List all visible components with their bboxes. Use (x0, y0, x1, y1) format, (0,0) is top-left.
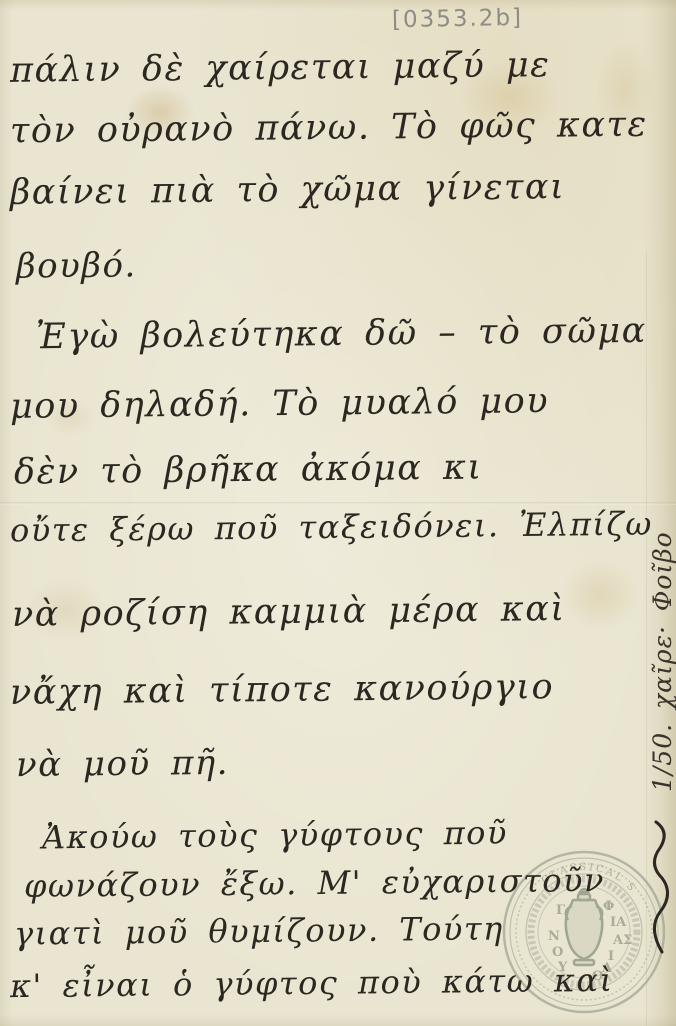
seal-letter: Γ (556, 903, 566, 918)
seal-letter: Ν (548, 929, 560, 944)
letter-line: φωνάζουν ἔξω. Μ' εὐχαριστοῦν (24, 861, 605, 905)
seal-letter: Φ (603, 899, 614, 914)
letter-line: νὰ ροζίση καμμιὰ μέρα καὶ (12, 589, 566, 635)
archive-code-annotation: [0353.2b] (392, 5, 523, 33)
letter-line: τὸν οὐρανὸ πάνω. Τὸ φῶς κατε (10, 105, 648, 152)
margin-note: 1/50. χαῖρε· Φοῖβο (648, 531, 676, 792)
letter-line: κ' εἶναι ὁ γύφτος ποὺ κάτω καὶ (10, 961, 614, 1005)
letter-line: βουβό. (16, 245, 137, 286)
letter-line: Ἀκούω τοὺς γύφτους ποῦ (42, 814, 508, 857)
seal-letter: Ο (552, 945, 563, 960)
letter-line: οὔτε ξέρω ποῦ ταξειδόνει. Ἐλπίζω (10, 505, 653, 550)
ink-flourish (626, 818, 670, 958)
letter-line: νὰ μοῦ πῆ. (16, 743, 229, 785)
letter-line: δὲν τὸ βρῆκα ἀκόμα κι (14, 448, 483, 493)
letter-line: νἄχη καὶ τίποτε κανούργιο (10, 667, 554, 713)
seal-letter: ΙΑ (610, 915, 627, 930)
letter-line: γιατὶ μοῦ θυμίζουν. Τούτη (14, 909, 504, 952)
paper-stain (555, 555, 645, 635)
letter-line: μου δηλαδή. Τὸ μυαλό μου (10, 381, 549, 427)
letter-line: πάλιν δὲ χαίρεται μαζύ με (10, 45, 551, 91)
letter-line: βαίνει πιὰ τὸ χῶμα γίνεται (10, 167, 566, 213)
amphora-icon (566, 889, 603, 965)
letter-line: Ἐγὼ βολεύτηκα δῶ – τὸ σῶμα (36, 311, 647, 357)
